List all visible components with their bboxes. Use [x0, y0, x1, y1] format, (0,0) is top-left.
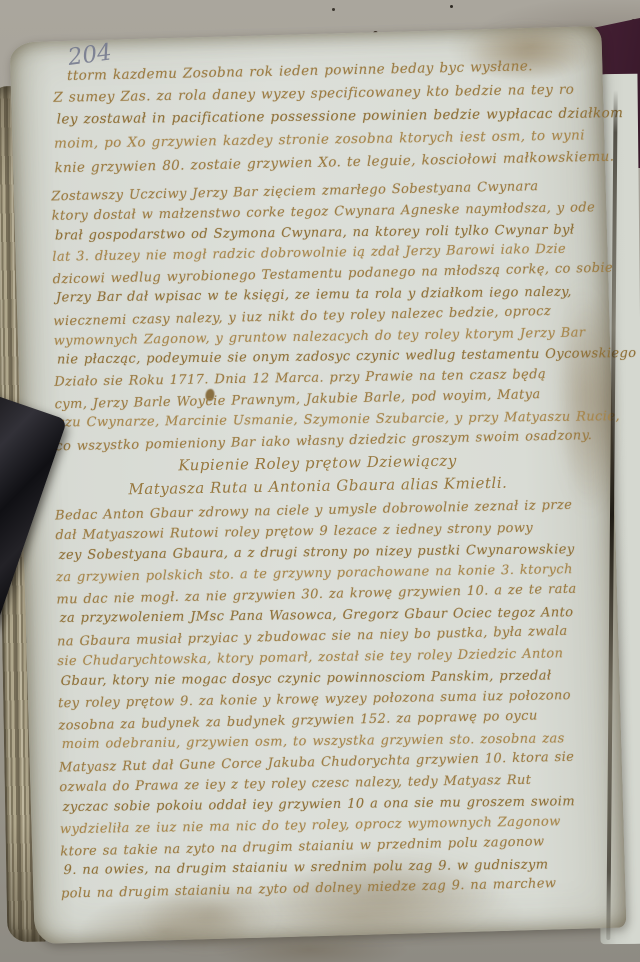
paragraph-legacy-sums: ttorm kazdemu Zosobna rok ieden powinne …	[53, 55, 621, 179]
photo-background: 204 ttorm kazdemu Zosobna rok ieden powi…	[0, 0, 640, 962]
paragraph-jerzy-bar-record: Zostawszy Uczciwy Jerzy Bar zięciem zmar…	[51, 177, 635, 456]
background-specks	[332, 8, 335, 11]
manuscript-page: 204 ttorm kazdemu Zosobna rok ieden powi…	[10, 26, 627, 944]
paragraph-rut-gbaur-sale: Bedac Anton Gbaur zdrowy na ciele y umys…	[55, 496, 582, 903]
